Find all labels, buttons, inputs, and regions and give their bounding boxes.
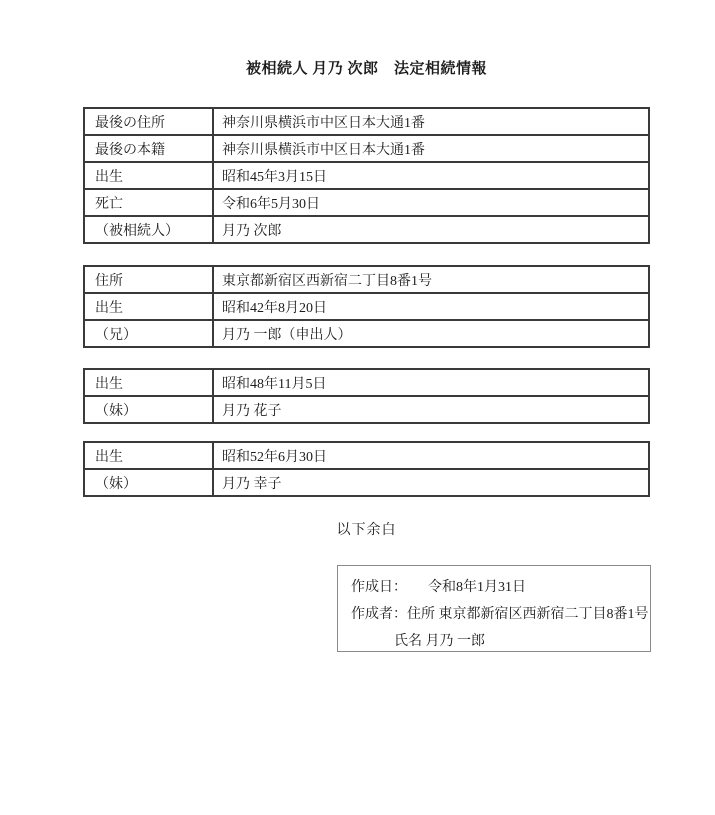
row-label-cell: （被相続人） [84, 216, 213, 243]
table-row: 出生 昭和45年3月15日 [84, 162, 649, 189]
row-value-cell: 昭和45年3月15日 [213, 162, 649, 189]
row-value-cell: 令和6年5月30日 [213, 189, 649, 216]
author-info-box: 作成日： 令和8年1月31日 作成者：住所 東京都新宿区西新宿二丁目8番1号 氏… [337, 565, 651, 652]
row-label-cell: 死亡 [84, 189, 213, 216]
row-label-cell: 住所 [84, 266, 213, 293]
row-label-cell: 出生 [84, 293, 213, 320]
row-value-cell: 昭和52年6月30日 [213, 442, 649, 469]
row-label-cell: 出生 [84, 162, 213, 189]
row-value-cell: 月乃 花子 [213, 396, 649, 423]
table-row: （妹） 月乃 花子 [84, 396, 649, 423]
author-name-line: 氏名 月乃 一郎 [351, 628, 650, 655]
row-label-cell: （妹） [84, 396, 213, 423]
table-row: （兄） 月乃 一郎（申出人） [84, 320, 649, 347]
applicant-brother-table: 住所 東京都新宿区西新宿二丁目8番1号 出生 昭和42年8月20日 （兄） 月乃… [83, 265, 650, 348]
row-value-cell: 昭和42年8月20日 [213, 293, 649, 320]
table-row: 出生 昭和48年11月5日 [84, 369, 649, 396]
table-row: 死亡 令和6年5月30日 [84, 189, 649, 216]
remainder-note: 以下余白 [83, 519, 650, 538]
row-label-cell: 出生 [84, 442, 213, 469]
sister-1-table: 出生 昭和48年11月5日 （妹） 月乃 花子 [83, 368, 650, 424]
creation-date-line: 作成日： 令和8年1月31日 [351, 574, 650, 601]
row-value-cell: 東京都新宿区西新宿二丁目8番1号 [213, 266, 649, 293]
author-address-line: 作成者：住所 東京都新宿区西新宿二丁目8番1号 [351, 601, 650, 628]
table-row: 出生 昭和42年8月20日 [84, 293, 649, 320]
table-row: 住所 東京都新宿区西新宿二丁目8番1号 [84, 266, 649, 293]
row-label-cell: （兄） [84, 320, 213, 347]
table-row: 最後の住所 神奈川県横浜市中区日本大通1番 [84, 108, 649, 135]
table-row: （被相続人） 月乃 次郎 [84, 216, 649, 243]
row-label-cell: 最後の住所 [84, 108, 213, 135]
row-value-cell: 月乃 次郎 [213, 216, 649, 243]
document-content: 被相続人 月乃 次郎 法定相続情報 最後の住所 神奈川県横浜市中区日本大通1番 … [83, 0, 650, 652]
document-title: 被相続人 月乃 次郎 法定相続情報 [83, 57, 650, 77]
document-page: { "page": { "title": "被相続人 月乃 次郎 法定相続情報"… [0, 0, 715, 815]
decedent-info-table: 最後の住所 神奈川県横浜市中区日本大通1番 最後の本籍 神奈川県横浜市中区日本大… [83, 107, 650, 244]
row-label-cell: 最後の本籍 [84, 135, 213, 162]
row-value-cell: 昭和48年11月5日 [213, 369, 649, 396]
row-value-cell: 神奈川県横浜市中区日本大通1番 [213, 108, 649, 135]
row-label-cell: （妹） [84, 469, 213, 496]
table-row: （妹） 月乃 幸子 [84, 469, 649, 496]
sister-2-table: 出生 昭和52年6月30日 （妹） 月乃 幸子 [83, 441, 650, 497]
table-row: 最後の本籍 神奈川県横浜市中区日本大通1番 [84, 135, 649, 162]
row-value-cell: 月乃 幸子 [213, 469, 649, 496]
row-value-cell: 月乃 一郎（申出人） [213, 320, 649, 347]
row-value-cell: 神奈川県横浜市中区日本大通1番 [213, 135, 649, 162]
table-row: 出生 昭和52年6月30日 [84, 442, 649, 469]
row-label-cell: 出生 [84, 369, 213, 396]
